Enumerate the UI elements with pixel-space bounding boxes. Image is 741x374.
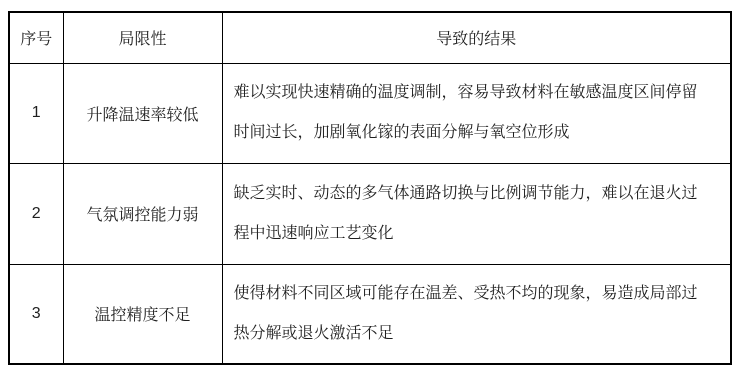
row-no: 3	[9, 264, 63, 364]
row-result: 难以实现快速精确的温度调制，容易导致材料在敏感温度区间停留 时间过长，加剧氧化镓…	[222, 63, 731, 163]
limitations-table: 序号 局限性 导致的结果 1 升降温速率较低 难以实现快速精确的温度调制，容易导…	[8, 11, 732, 365]
table-row: 1 升降温速率较低 难以实现快速精确的温度调制，容易导致材料在敏感温度区间停留 …	[9, 63, 731, 163]
table-row: 3 温控精度不足 使得材料不同区域可能存在温差、受热不均的现象，易造成局部过 热…	[9, 264, 731, 364]
row-result: 使得材料不同区域可能存在温差、受热不均的现象，易造成局部过 热分解或退火激活不足	[222, 264, 731, 364]
result-line: 时间过长，加剧氧化镓的表面分解与氧空位形成	[234, 113, 720, 153]
result-line: 难以实现快速精确的温度调制，容易导致材料在敏感温度区间停留	[234, 73, 720, 113]
row-no: 2	[9, 163, 63, 264]
table-row: 2 气氛调控能力弱 缺乏实时、动态的多气体通路切换与比例调节能力，难以在退火过 …	[9, 163, 731, 264]
row-limitation: 升降温速率较低	[63, 63, 222, 163]
row-limitation: 温控精度不足	[63, 264, 222, 364]
row-result: 缺乏实时、动态的多气体通路切换与比例调节能力，难以在退火过 程中迅速响应工艺变化	[222, 163, 731, 264]
result-text-block: 难以实现快速精确的温度调制，容易导致材料在敏感温度区间停留 时间过长，加剧氧化镓…	[223, 73, 731, 153]
result-text-block: 缺乏实时、动态的多气体通路切换与比例调节能力，难以在退火过 程中迅速响应工艺变化	[223, 174, 731, 254]
result-line: 缺乏实时、动态的多气体通路切换与比例调节能力，难以在退火过	[234, 174, 720, 214]
header-no: 序号	[9, 12, 63, 63]
result-line: 使得材料不同区域可能存在温差、受热不均的现象，易造成局部过	[234, 274, 720, 314]
result-line: 程中迅速响应工艺变化	[234, 214, 720, 254]
row-limitation: 气氛调控能力弱	[63, 163, 222, 264]
header-limitation: 局限性	[63, 12, 222, 63]
document-page: 序号 局限性 导致的结果 1 升降温速率较低 难以实现快速精确的温度调制，容易导…	[0, 0, 741, 374]
table-header-row: 序号 局限性 导致的结果	[9, 12, 731, 63]
row-no: 1	[9, 63, 63, 163]
result-text-block: 使得材料不同区域可能存在温差、受热不均的现象，易造成局部过 热分解或退火激活不足	[223, 274, 731, 354]
header-result: 导致的结果	[222, 12, 731, 63]
result-line: 热分解或退火激活不足	[234, 314, 720, 354]
